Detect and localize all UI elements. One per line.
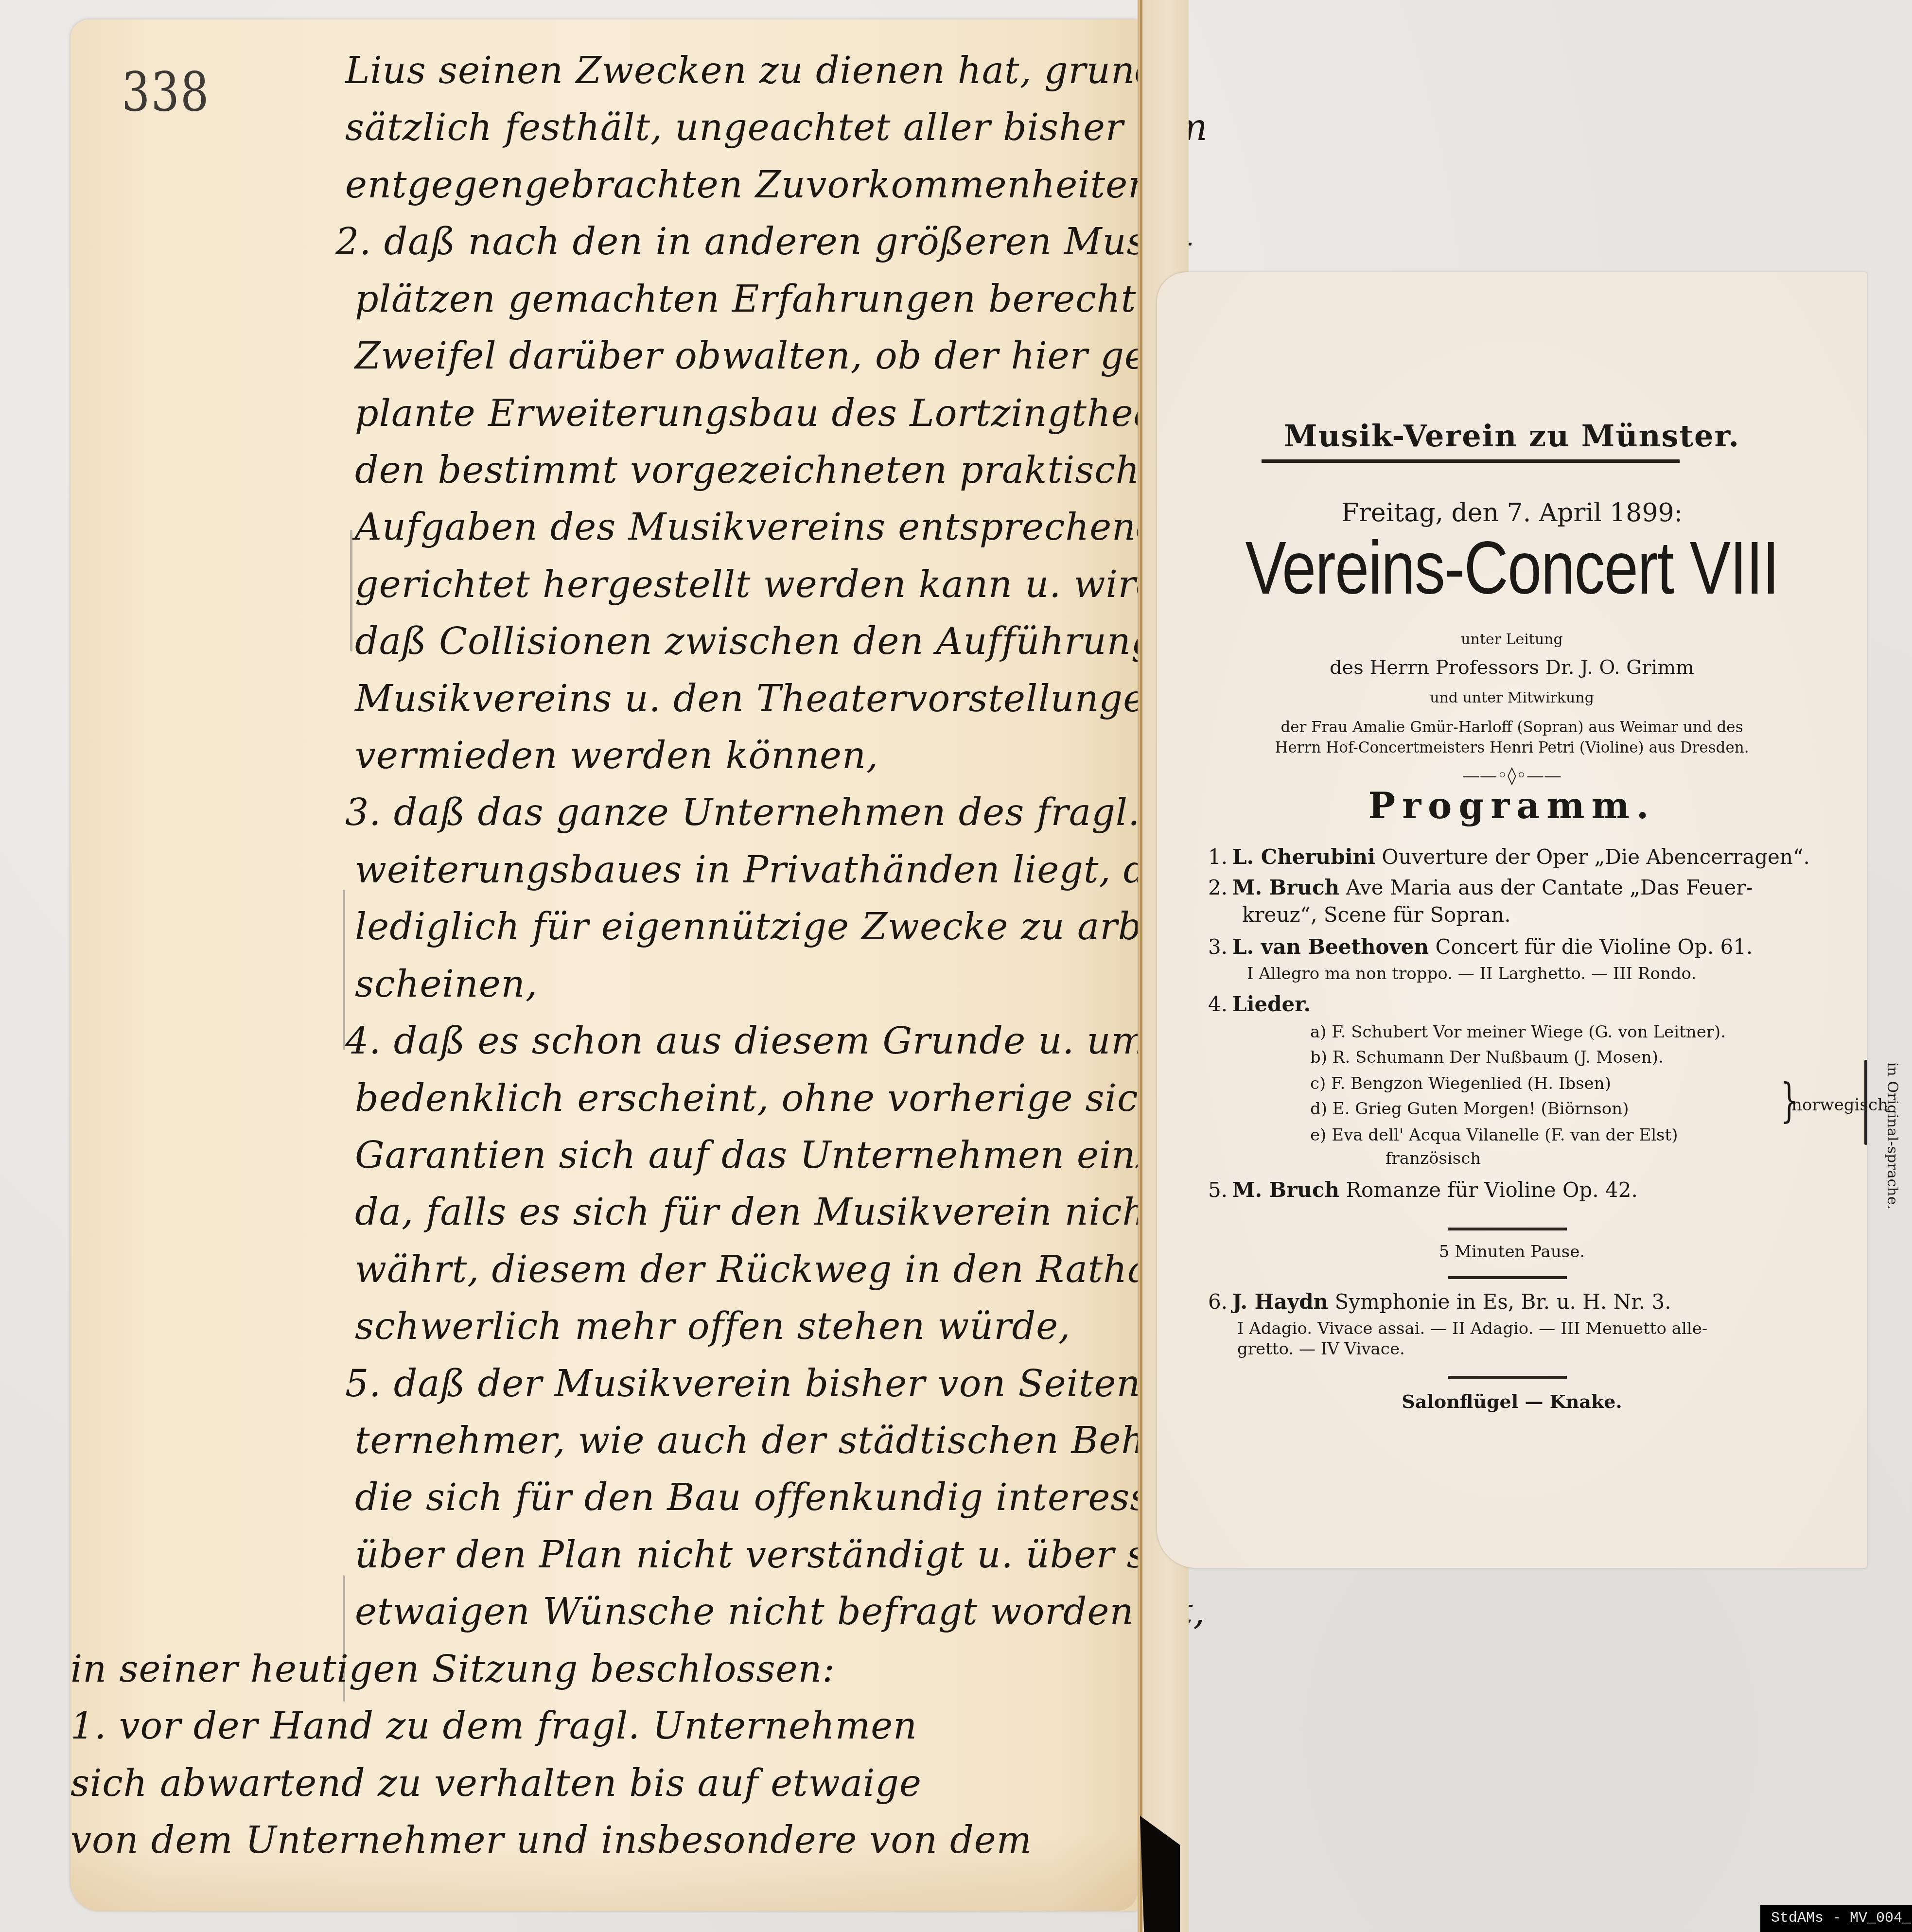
handwritten-line: schwerlich mehr offen stehen würde, (355, 1304, 1070, 1348)
piano-maker: Salonflügel — Knake. (1157, 1390, 1867, 1412)
item-number: 6. (1208, 1288, 1228, 1316)
handwritten-line: den bestimmt vorgezeichneten praktischen (355, 448, 1187, 492)
conductor-line: des Herrn Professors Dr. J. O. Grimm (1157, 656, 1867, 679)
lied-item: e) Eva dell' Acqua Vilanelle (F. van der… (1310, 1124, 1678, 1146)
intermission: 5 Minuten Pause. (1157, 1242, 1867, 1262)
handwritten-line: über den Plan nicht verständigt u. über … (355, 1533, 1228, 1576)
divider (1448, 1276, 1567, 1279)
programme-item: 5. M. Bruch Romanze für Violine Op. 42. (1208, 1177, 1838, 1204)
guest-artists-line-1: der Frau Amalie Gmür-Harloff (Sopran) au… (1157, 719, 1867, 736)
handwritten-line: 1. vor der Hand zu dem fragl. Unternehme… (70, 1704, 917, 1747)
programme-item: 2. M. Bruch Ave Maria aus der Cantate „D… (1208, 874, 1838, 929)
programme-item: 6. J. Haydn Symphonie in Es, Br. u. H. N… (1208, 1288, 1838, 1316)
lied-item: d) E. Grieg Guten Morgen! (Biörnson) (1310, 1098, 1629, 1120)
work: Ave Maria aus der Cantate „Das Feuer- (1346, 876, 1753, 899)
handwritten-line: plante Erweiterungsbau des Lortzingtheat… (355, 391, 1231, 435)
handwritten-line: die sich für den Bau offenkundig interes… (355, 1475, 1261, 1519)
handwritten-line: ternehmer, wie auch der städtischen Behö… (355, 1419, 1269, 1462)
handwritten-line: lediglich für eigennützige Zwecke zu arb… (355, 905, 1239, 948)
pencil-margin-mark (343, 890, 345, 1050)
handwritten-line: währt, diesem der Rückweg in den Rathaus… (355, 1247, 1270, 1291)
original-language-note: in Original-sprache. (1884, 1062, 1900, 1210)
handwritten-line: gerichtet hergestellt werden kann u. wir… (355, 562, 1173, 606)
lied-item: b) R. Schumann Der Nußbaum (J. Mosen). (1310, 1046, 1664, 1069)
handwritten-line: sich abwartend zu verhalten bis auf etwa… (70, 1761, 922, 1805)
handwritten-line: scheinen, (355, 962, 538, 1005)
composer: L. Cherubini (1232, 845, 1375, 869)
handwritten-line: Zweifel darüber obwalten, ob der hier ge… (355, 334, 1160, 377)
handwritten-line: da, falls es sich für den Musikverein ni… (355, 1190, 1233, 1233)
composer: J. Haydn (1232, 1290, 1328, 1314)
work-continued: kreuz“, Scene für Sopran. (1242, 903, 1511, 927)
page-number: 338 (122, 61, 210, 123)
heading-rule (1262, 459, 1680, 463)
movements: I Adagio. Vivace assai. — II Adagio. — I… (1237, 1317, 1707, 1340)
handwritten-line: vermieden werden können, (355, 734, 878, 777)
brace (1864, 1060, 1868, 1145)
programme-item: 4. Lieder. (1208, 991, 1838, 1018)
handwritten-line: Aufgaben des Musikvereins entsprechend e… (355, 505, 1245, 548)
work: Symphonie in Es, Br. u. H. Nr. 3. (1334, 1290, 1671, 1314)
work: Ouverture der Oper „Die Abencerragen“. (1382, 845, 1810, 869)
handwritten-line: in seiner heutigen Sitzung beschlossen: (70, 1647, 835, 1690)
composer: M. Bruch (1232, 1178, 1339, 1202)
composer: M. Bruch (1232, 876, 1339, 899)
lied-language: französisch (1386, 1147, 1481, 1170)
handwritten-line: etwaigen Wünsche nicht befragt worden is… (355, 1590, 1206, 1633)
item-number: 4. (1208, 991, 1228, 1018)
item-number: 1. (1208, 843, 1228, 871)
item-number: 2. (1208, 874, 1228, 901)
handwritten-line: plätzen gemachten Erfahrungen berechtigt… (355, 277, 1210, 320)
lied-language: norwegisch (1791, 1095, 1888, 1115)
concert-title: Vereins-Concert VIII (1221, 525, 1803, 611)
divider (1448, 1376, 1567, 1379)
handwritten-line: 3. daß das ganze Unternehmen des fragl. … (345, 790, 1211, 834)
guest-artists-line-2: Herrn Hof-Concertmeisters Henri Petri (V… (1157, 739, 1867, 756)
handwritten-line: entgegengebrachten Zuvorkommenheiten, (345, 163, 1164, 206)
handwritten-line: sätzlich festhält, ungeachtet aller bish… (345, 105, 1208, 149)
lied-item: c) F. Bengzon Wiegenlied (H. Ibsen) (1310, 1072, 1611, 1095)
divider (1448, 1228, 1567, 1230)
programme-item: 1. L. Cherubini Ouverture der Oper „Die … (1208, 843, 1838, 871)
archive-signature: StdAMs - MV_004_568 (1760, 1905, 1912, 1932)
section-label: Lieder. (1232, 992, 1311, 1016)
programme-heading: Programm. (1157, 785, 1867, 827)
ornament-divider: ——◦◊◦—— (1157, 766, 1867, 786)
handwritten-line: bedenklich erscheint, ohne vorherige sic… (355, 1076, 1226, 1120)
concert-programme: Musik-Verein zu Münster. Freitag, den 7.… (1157, 272, 1867, 1568)
ledger-page: 338 Lius seinen Zwecken zu dienen hat, g… (70, 19, 1138, 1911)
work: Concert für die Violine Op. 61. (1435, 935, 1753, 959)
handwritten-line: 2. daß nach den in anderen größeren Musi… (335, 220, 1193, 263)
direction-label: unter Leitung (1157, 631, 1867, 648)
handwritten-line: weiterungsbaues in Privathänden liegt, d… (355, 848, 1182, 891)
handwritten-line: von dem Unternehmer und insbesondere von… (70, 1818, 1032, 1862)
work: Romanze für Violine Op. 42. (1346, 1178, 1637, 1202)
gutter-edge (1140, 0, 1142, 1932)
composer: L. van Beethoven (1232, 935, 1429, 959)
movements-continued: gretto. — IV Vivace. (1237, 1338, 1405, 1360)
pencil-margin-mark (350, 530, 352, 651)
lied-item: a) F. Schubert Vor meiner Wiege (G. von … (1310, 1021, 1726, 1043)
item-number: 5. (1208, 1177, 1228, 1204)
handwritten-line: Lius seinen Zwecken zu dienen hat, grund… (345, 49, 1172, 92)
society-heading: Musik-Verein zu Münster. (1157, 418, 1867, 454)
item-number: 3. (1208, 933, 1228, 961)
concert-date: Freitag, den 7. April 1899: (1157, 498, 1867, 527)
movements: I Allegro ma non troppo. — II Larghetto.… (1247, 963, 1696, 985)
programme-item: 3. L. van Beethoven Concert für die Viol… (1208, 933, 1838, 961)
cooperation-label: und unter Mitwirkung (1157, 689, 1867, 706)
